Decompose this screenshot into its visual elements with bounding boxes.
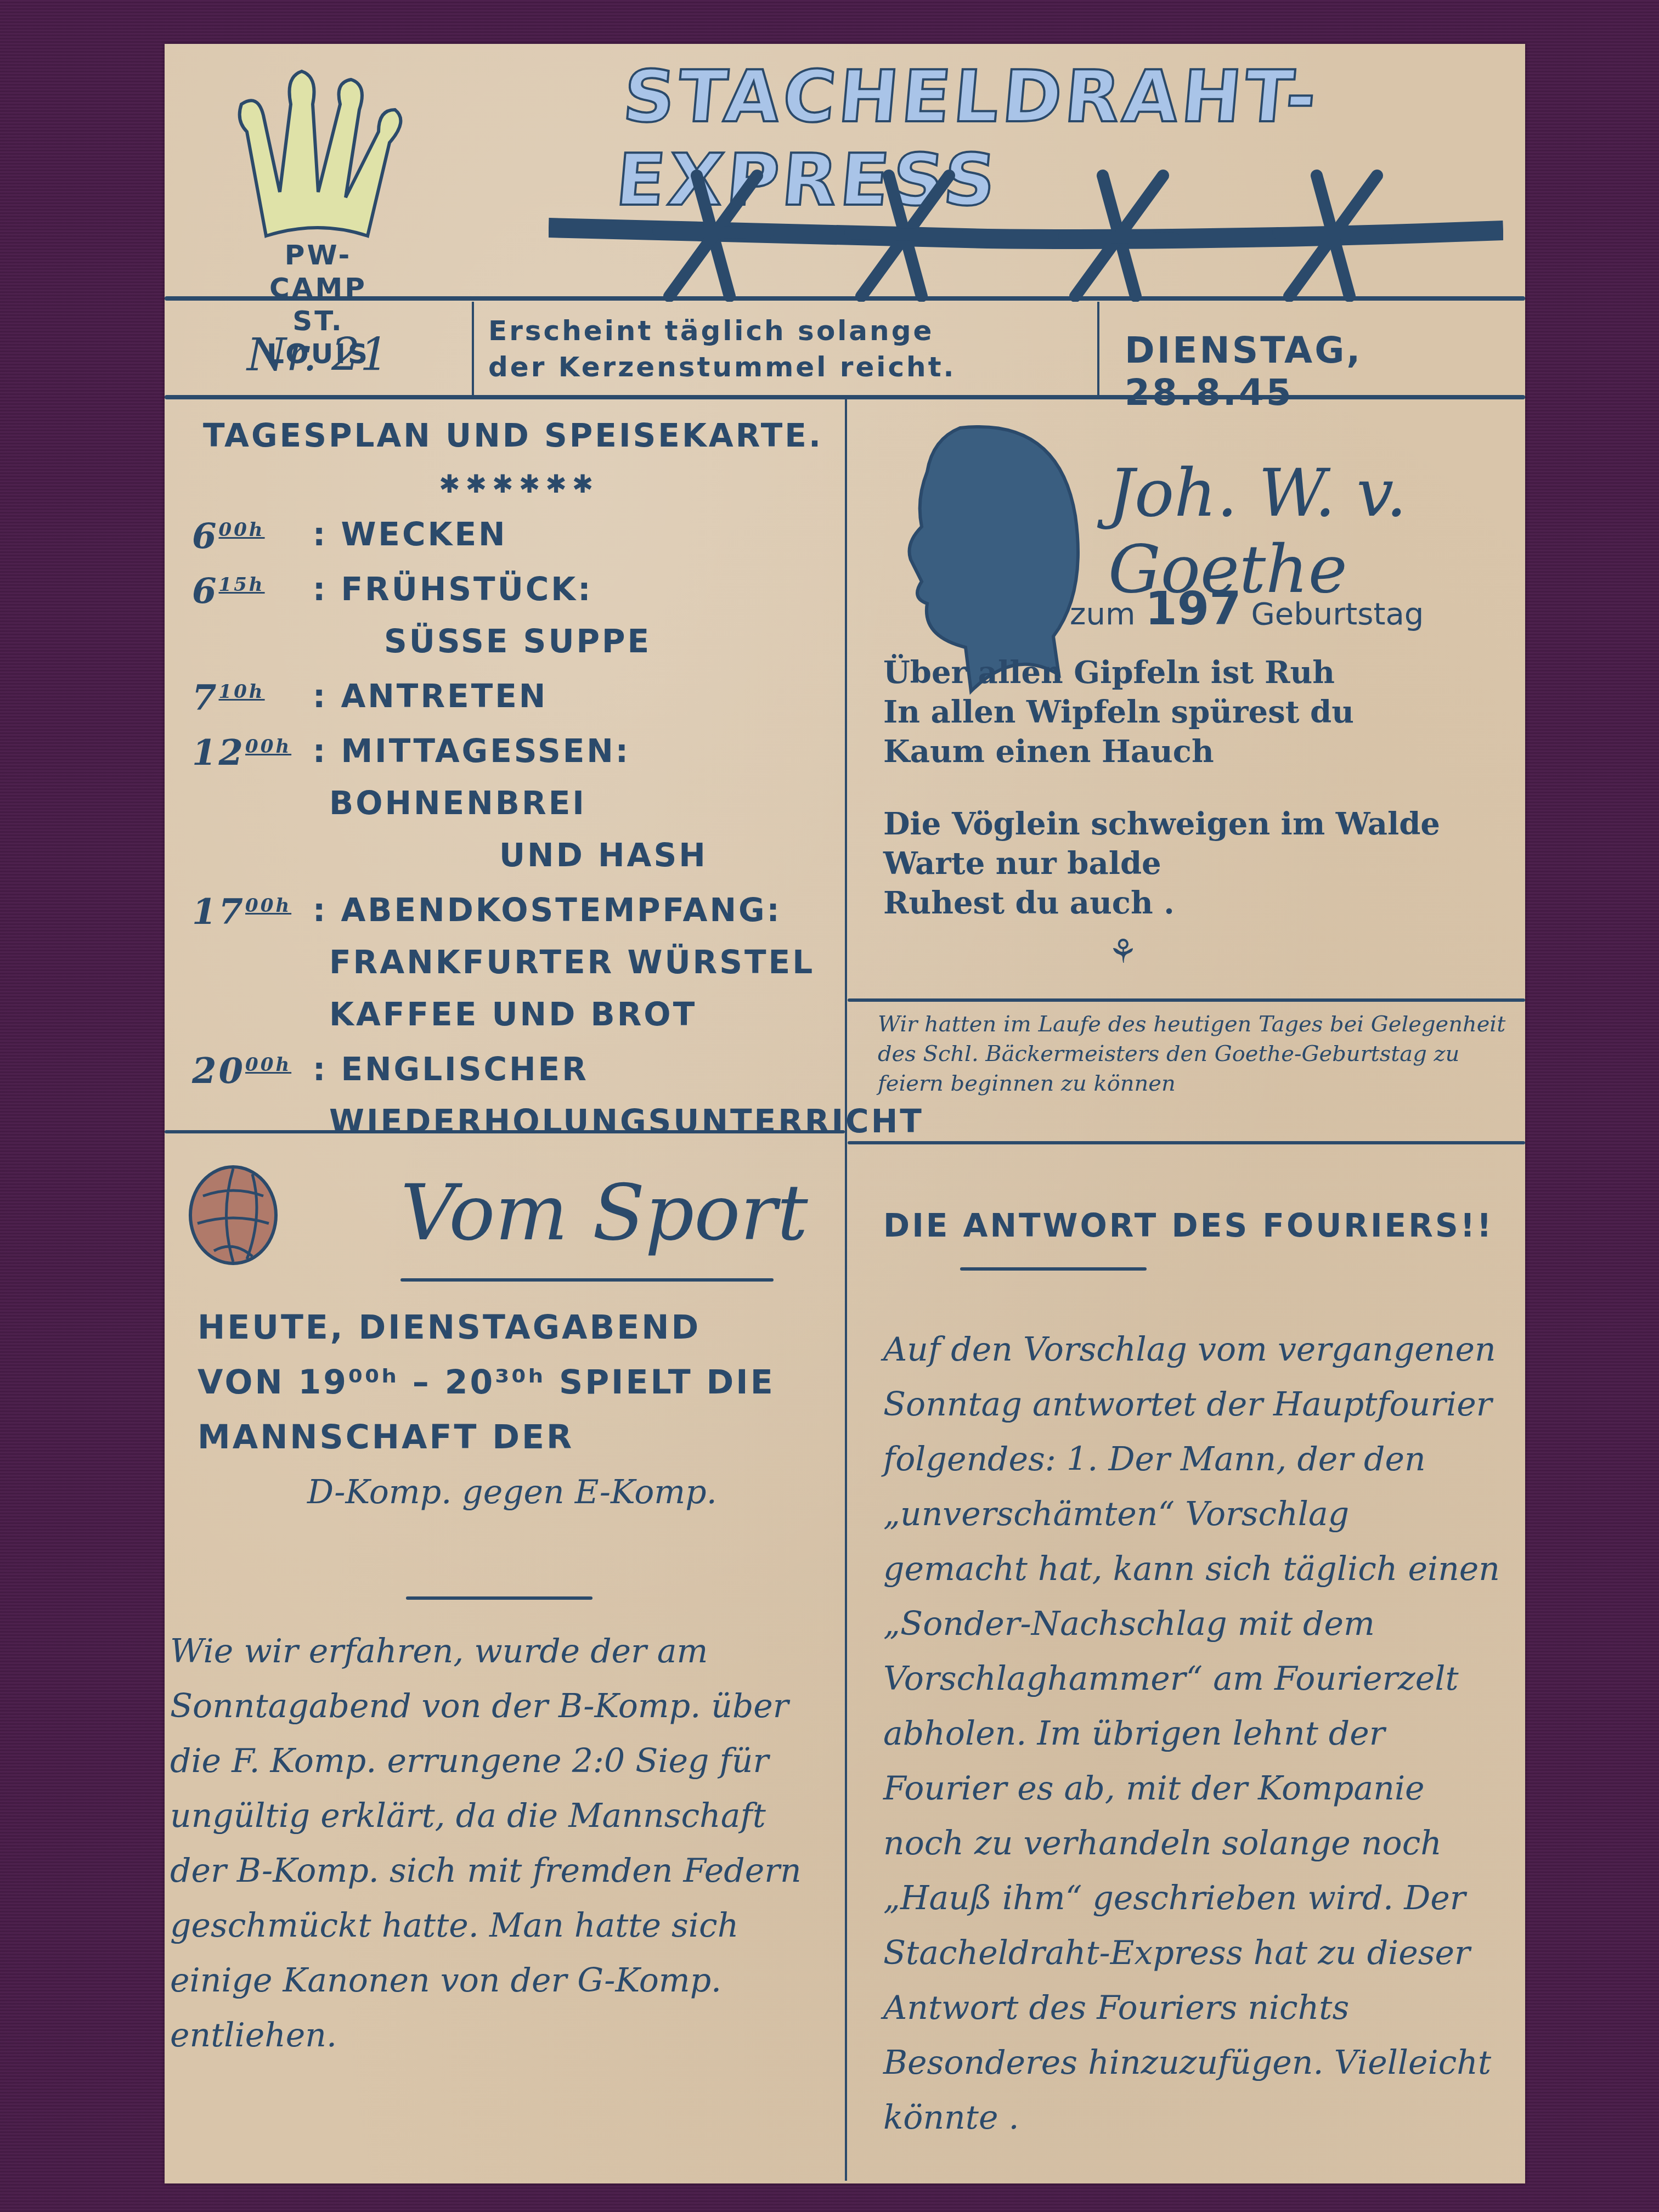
football-icon <box>181 1163 285 1267</box>
birthday-prefix: zum <box>1070 596 1135 632</box>
barbed-wire-icon <box>549 165 1503 302</box>
schedule-detail: WIEDERHOLUNGSUNTERRICHT <box>329 1103 924 1140</box>
birthday-suffix: Geburtstag <box>1251 596 1424 632</box>
goethe-poem: Über allen Gipfeln ist RuhIn allen Wipfe… <box>883 653 1440 923</box>
schedule-divider: ✱✱✱✱✱✱ <box>439 469 599 499</box>
schedule-detail: UND HASH <box>499 837 708 874</box>
header-divider-1 <box>472 302 474 395</box>
schedule-time: 2000h <box>192 1051 302 1092</box>
sport-headline-1: HEUTE, DIENSTAGABEND <box>198 1300 775 1355</box>
schedule-detail: SÜSSE SUPPE <box>384 623 651 660</box>
fourier-divider <box>960 1267 1147 1271</box>
schedule-time: 600h <box>192 516 302 557</box>
sport-divider <box>406 1596 592 1600</box>
poem-line: Ruhest du auch . <box>883 883 1440 923</box>
tagline: Erscheint täglich solange der Kerzenstum… <box>488 313 956 385</box>
schedule-time: 615h <box>192 571 302 612</box>
poem-line: In allen Wipfeln spürest du <box>883 692 1440 732</box>
birthday-number: 197 <box>1145 582 1241 635</box>
sport-title: Vom Sport <box>400 1169 808 1258</box>
header-divider-2 <box>1097 302 1099 395</box>
schedule-label: : ENGLISCHER <box>313 1051 589 1088</box>
tagline-line-1: Erscheint täglich solange <box>488 313 956 349</box>
schedule-item: 1200h: MITTAGESSEN:BOHNENBREIUND HASH <box>192 732 988 891</box>
sport-title-underline <box>400 1278 774 1282</box>
schedule-item: 615h: FRÜHSTÜCK:SÜSSE SUPPE <box>192 571 988 678</box>
schedule-label: : ABENDKOSTEMPFANG: <box>313 891 782 929</box>
header-top-rule <box>165 296 1525 301</box>
schedule-detail: FRANKFURTER WÜRSTEL <box>329 944 815 981</box>
poem-line: Kaum einen Hauch <box>883 732 1440 771</box>
fourier-title: DIE ANTWORT DES FOURIERS!! <box>883 1207 1494 1244</box>
schedule-detail: BOHNENBREI <box>329 785 586 822</box>
sport-article: Wie wir erfahren, wurde der am Sonntagab… <box>170 1624 812 2063</box>
issue-date: DIENSTAG, 28.8.45 <box>1125 329 1525 414</box>
sport-headline: HEUTE, DIENSTAGABEND VON 19⁰⁰ʰ – 20³⁰ʰ S… <box>198 1300 775 1520</box>
ornament-icon: ⚘ <box>1108 933 1138 971</box>
schedule-time: 1700h <box>192 891 302 933</box>
newspaper-page: PW-CAMP ST. LOUIS STACHELDRAHT-EXPRESS N… <box>165 44 1525 2183</box>
schedule-item: 710h: ANTRETEN <box>192 678 988 732</box>
schedule-label: : MITTAGESSEN: <box>313 732 630 770</box>
poem-line: Über allen Gipfeln ist Ruh <box>883 653 1440 692</box>
issue-number: Nr. 21 <box>247 329 388 381</box>
schedule-detail: KAFFEE UND BROT <box>329 996 697 1033</box>
crown-icon <box>214 55 422 241</box>
schedule-time: 1200h <box>192 732 302 774</box>
sport-headline-3: MANNSCHAFT DER <box>198 1410 775 1465</box>
schedule-title: TAGESPLAN UND SPEISEKARTE. <box>203 417 823 454</box>
schedule-label: : FRÜHSTÜCK: <box>313 571 592 608</box>
schedule-item: 2000h: ENGLISCHERWIEDERHOLUNGSUNTERRICHT <box>192 1051 988 1158</box>
fourier-article: Auf den Vorschlag vom vergangenen Sonnta… <box>883 1322 1503 2145</box>
poem-line: Die Vöglein schweigen im Walde <box>883 804 1440 844</box>
tagline-line-2: der Kerzenstummel reicht. <box>488 349 956 385</box>
schedule-item: 1700h: ABENDKOSTEMPFANG:FRANKFURTER WÜRS… <box>192 891 988 1051</box>
birthday-line: zum 197 Geburtstag <box>1070 582 1424 635</box>
schedule-label: : WECKEN <box>313 516 507 553</box>
sport-matchup: D-Komp. gegen E-Komp. <box>198 1465 775 1520</box>
schedule-time: 710h <box>192 678 302 719</box>
sport-headline-2: VON 19⁰⁰ʰ – 20³⁰ʰ SPIELT DIE <box>198 1355 775 1410</box>
schedule-label: : ANTRETEN <box>313 678 548 715</box>
poem-line: Warte nur balde <box>883 844 1440 883</box>
camp-line-1: PW-CAMP <box>247 239 390 304</box>
schedule-list: 600h: WECKEN615h: FRÜHSTÜCK:SÜSSE SUPPE7… <box>192 516 988 1158</box>
schedule-item: 600h: WECKEN <box>192 516 988 571</box>
goethe-note: Wir hatten im Laufe des heutigen Tages b… <box>878 1009 1520 1098</box>
